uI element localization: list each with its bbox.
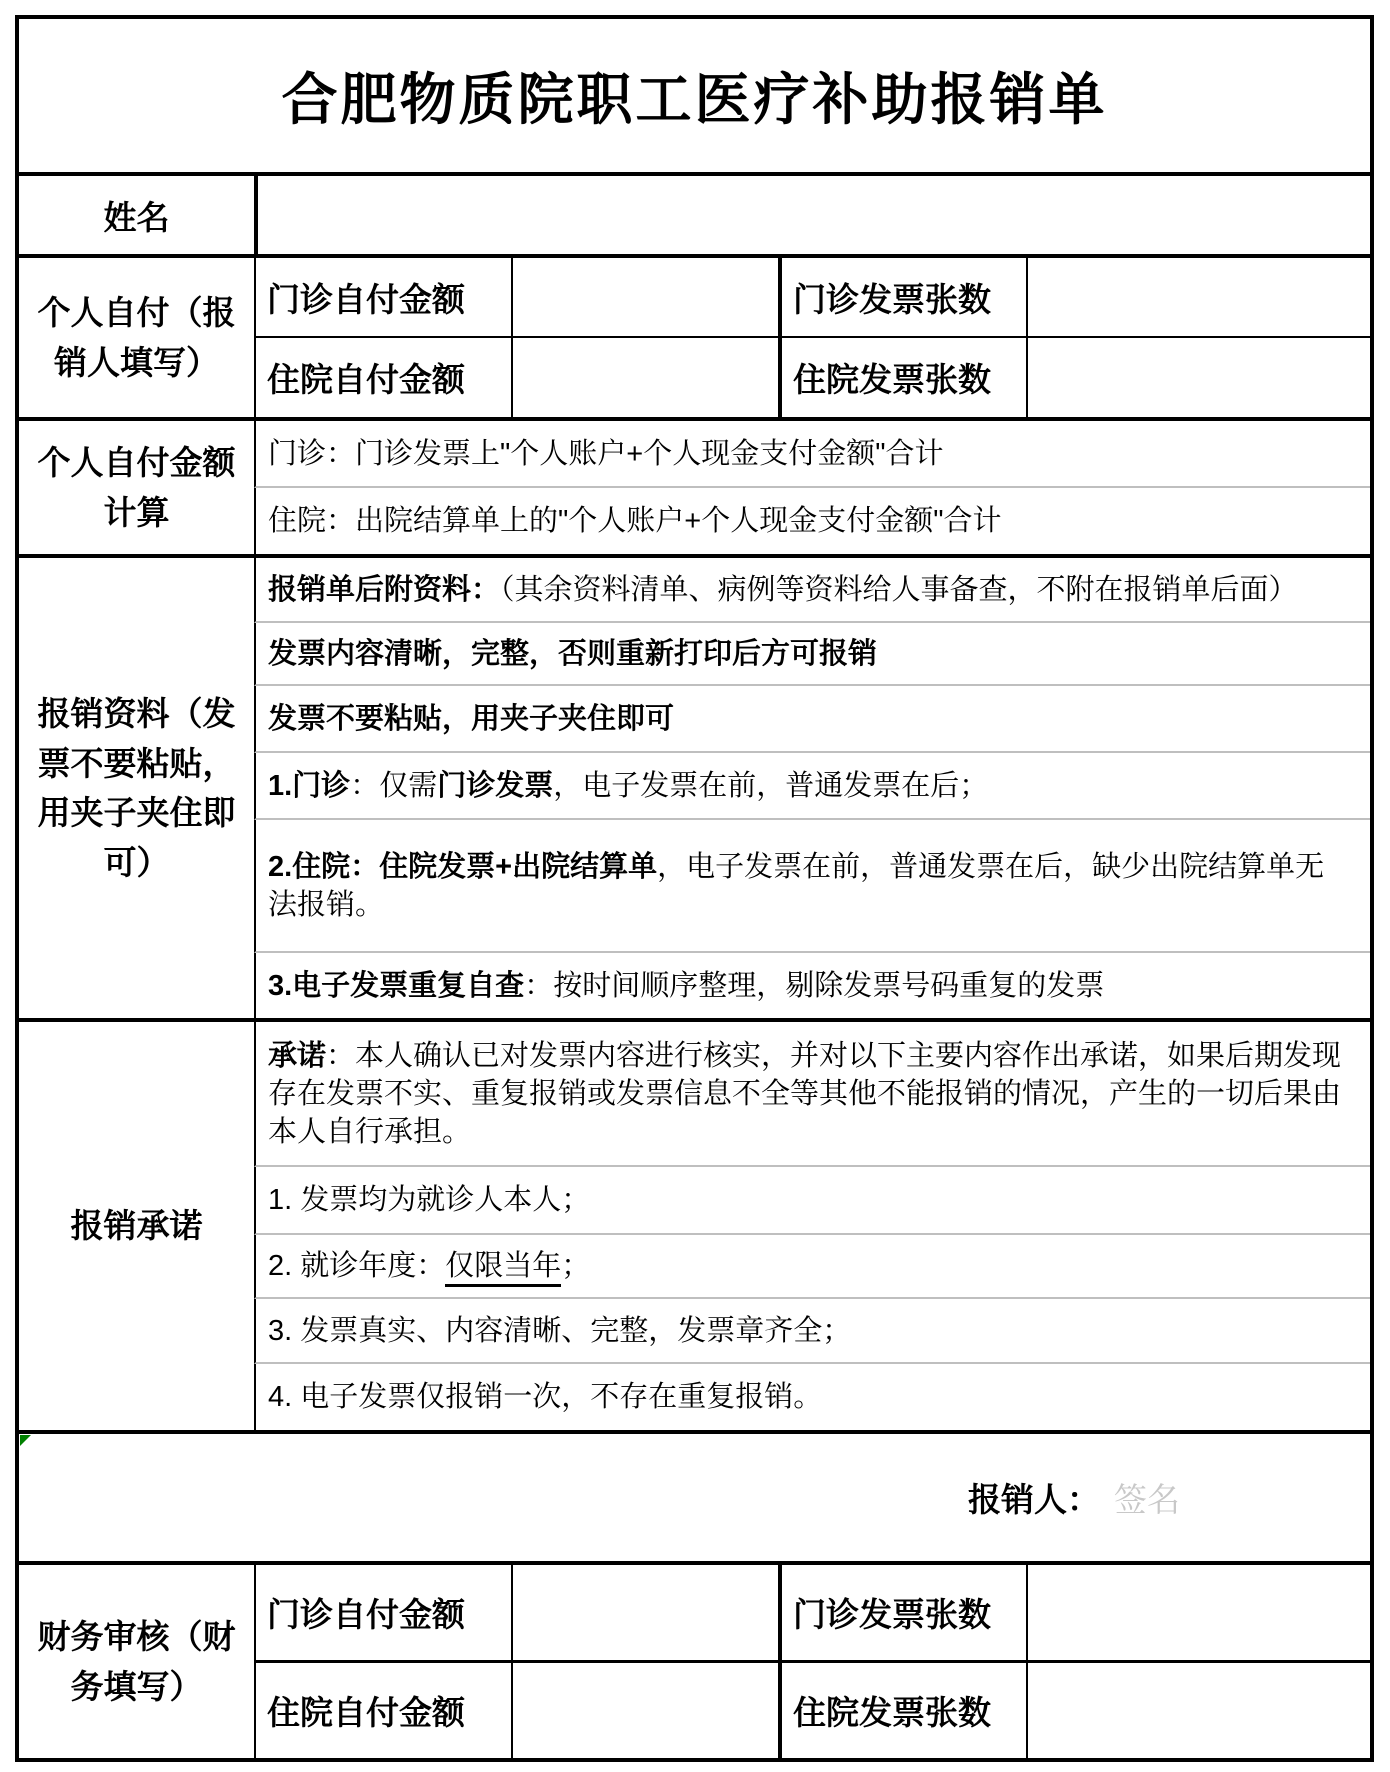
signature-label: 报销人： [968,1474,1100,1521]
promise-item-2: 2. 就诊年度：仅限当年； [254,1235,1370,1299]
promise-item-4: 4. 电子发票仅报销一次，不存在重复报销。 [254,1364,1370,1430]
inpatient-invoice-count-label: 住院发票张数 [778,338,1026,417]
outpatient-selfpay-amount-cell[interactable] [511,258,778,338]
finance-inpatient-amount-cell[interactable] [511,1663,778,1758]
outpatient-selfpay-amount-label: 门诊自付金额 [254,258,511,338]
name-row: 姓名 [19,172,1370,254]
materials-duplicate-check-rule: 3.电子发票重复自查：按时间顺序整理，剔除发票号码重复的发票 [254,953,1370,1018]
finance-outpatient-invoice-count-label: 门诊发票张数 [778,1565,1026,1663]
finance-section: 财务审核（财务填写） 门诊自付金额 门诊发票张数 住院自付金额 住院发票张数 [19,1561,1370,1758]
calc-inpatient-rule: 住院：出院结算单上的"个人账户+个人现金支付金额"合计 [254,488,1370,554]
promise-item-3: 3. 发票真实、内容清晰、完整，发票章齐全； [254,1299,1370,1364]
signature-row: 报销人： 签名 [19,1430,1370,1561]
signature-input-placeholder[interactable]: 签名 [1114,1474,1180,1521]
materials-section-label: 报销资料（发票不要粘贴，用夹子夹住即可） [19,558,254,1018]
materials-outpatient-rule: 1.门诊：仅需门诊发票，电子发票在前，普通发票在后； [254,753,1370,820]
materials-clarity-note: 发票内容清晰，完整，否则重新打印后方可报销 [254,623,1370,686]
calc-outpatient-rule: 门诊：门诊发票上"个人账户+个人现金支付金额"合计 [254,421,1370,488]
selfpay-section-label: 个人自付（报销人填写） [19,258,254,417]
promise-item-1: 1. 发票均为就诊人本人； [254,1167,1370,1235]
calc-section: 个人自付金额计算 门诊：门诊发票上"个人账户+个人现金支付金额"合计 住院：出院… [19,417,1370,554]
finance-inpatient-invoice-count-cell[interactable] [1026,1663,1370,1758]
inpatient-invoice-count-cell[interactable] [1026,338,1370,417]
title-section: 合肥物质院职工医疗补助报销单 [19,19,1370,172]
finance-inpatient-invoice-count-label: 住院发票张数 [778,1663,1026,1758]
finance-outpatient-amount-cell[interactable] [511,1565,778,1663]
name-label: 姓名 [19,176,254,254]
outpatient-invoice-count-cell[interactable] [1026,258,1370,338]
materials-no-paste-note: 发票不要粘贴，用夹子夹住即可 [254,686,1370,753]
reimbursement-form: 合肥物质院职工医疗补助报销单 姓名 个人自付（报销人填写） 门诊自付金额 门诊发… [15,15,1374,1762]
finance-section-label: 财务审核（财务填写） [19,1565,254,1758]
underlined-current-year: 仅限当年 [445,1250,561,1287]
materials-section: 报销资料（发票不要粘贴，用夹子夹住即可） 报销单后附资料：（其余资料清单、病例等… [19,554,1370,1018]
cell-corner-flag-icon [20,1435,31,1446]
outpatient-invoice-count-label: 门诊发票张数 [778,258,1026,338]
finance-outpatient-invoice-count-cell[interactable] [1026,1565,1370,1663]
promise-statement: 承诺：本人确认已对发票内容进行核实，并对以下主要内容作出承诺，如果后期发现存在发… [254,1022,1370,1167]
name-input-cell[interactable] [254,176,1370,254]
finance-inpatient-amount-label: 住院自付金额 [254,1663,511,1758]
materials-attachment-note: 报销单后附资料：（其余资料清单、病例等资料给人事备查，不附在报销单后面） [254,558,1370,623]
calc-section-label: 个人自付金额计算 [19,421,254,554]
finance-outpatient-amount-label: 门诊自付金额 [254,1565,511,1663]
selfpay-section: 个人自付（报销人填写） 门诊自付金额 门诊发票张数 住院自付金额 住院发票张数 [19,254,1370,417]
promise-section: 报销承诺 承诺：本人确认已对发票内容进行核实，并对以下主要内容作出承诺，如果后期… [19,1018,1370,1430]
promise-section-label: 报销承诺 [19,1022,254,1430]
inpatient-selfpay-amount-cell[interactable] [511,338,778,417]
form-title: 合肥物质院职工医疗补助报销单 [282,56,1108,136]
inpatient-selfpay-amount-label: 住院自付金额 [254,338,511,417]
materials-inpatient-rule: 2.住院：住院发票+出院结算单，电子发票在前，普通发票在后，缺少出院结算单无法报… [254,820,1370,953]
